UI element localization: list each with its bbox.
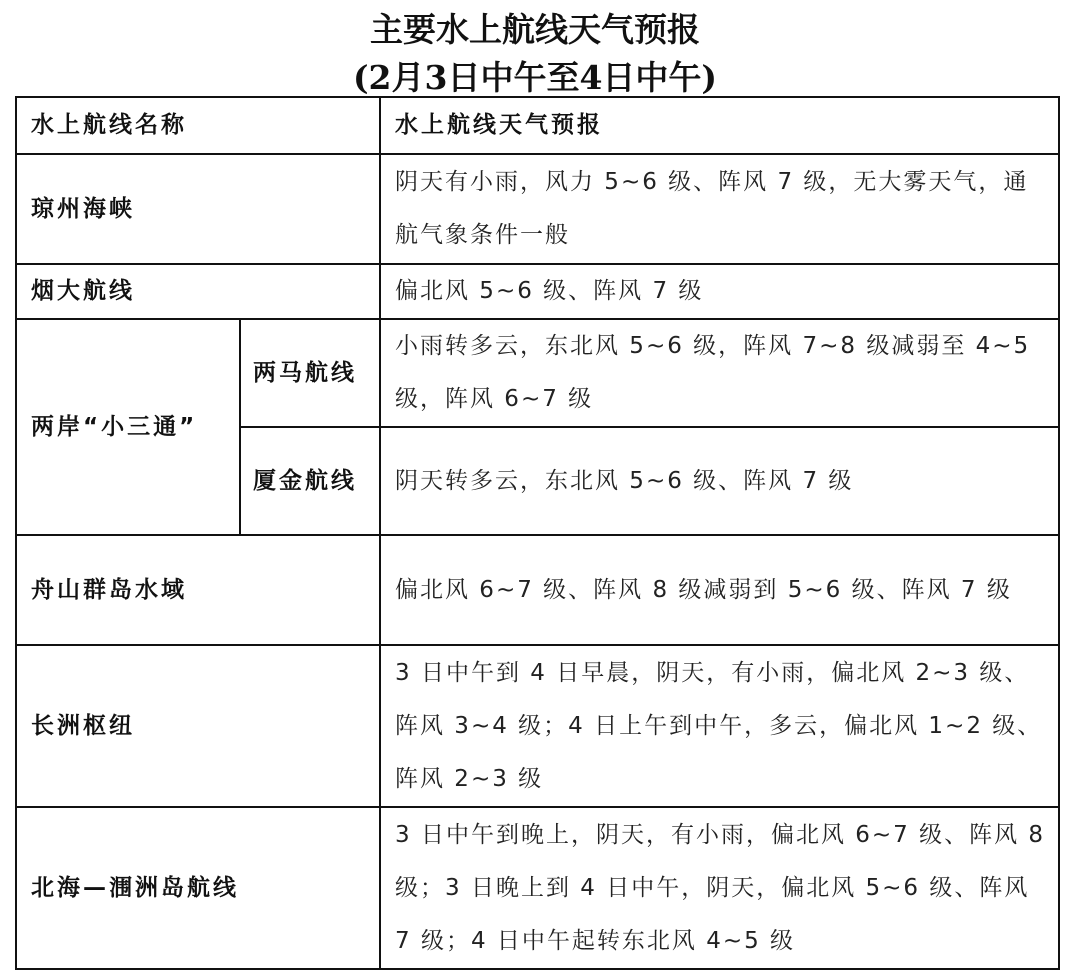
header-forecast: 水上航线天气预报: [380, 97, 1059, 154]
header-route-name: 水上航线名称: [16, 97, 380, 154]
table-row: 北海—涠洲岛航线 3 日中午到晚上，阴天，有小雨，偏北风 6~7 级、阵风 8 …: [16, 807, 1059, 969]
table-row: 烟大航线 偏北风 5~6 级、阵风 7 级: [16, 264, 1059, 319]
subroute-name: 两马航线: [240, 319, 380, 427]
forecast-table: 水上航线名称 水上航线天气预报 琼州海峡 阴天有小雨，风力 5~6 级、阵风 7…: [15, 96, 1060, 970]
route-name: 两岸“小三通”: [16, 319, 240, 535]
route-forecast: 偏北风 5~6 级、阵风 7 级: [380, 264, 1059, 319]
table-header-row: 水上航线名称 水上航线天气预报: [16, 97, 1059, 154]
subroute-name: 厦金航线: [240, 427, 380, 535]
route-forecast: 阴天有小雨，风力 5~6 级、阵风 7 级，无大雾天气，通航气象条件一般: [380, 154, 1059, 264]
route-forecast: 小雨转多云，东北风 5~6 级，阵风 7~8 级减弱至 4~5 级，阵风 6~7…: [380, 319, 1059, 427]
route-forecast: 阴天转多云，东北风 5~6 级、阵风 7 级: [380, 427, 1059, 535]
table-row: 琼州海峡 阴天有小雨，风力 5~6 级、阵风 7 级，无大雾天气，通航气象条件一…: [16, 154, 1059, 264]
table-row: 长洲枢纽 3 日中午到 4 日早晨，阴天，有小雨，偏北风 2~3 级、阵风 3~…: [16, 645, 1059, 807]
route-name: 北海—涠洲岛航线: [16, 807, 380, 969]
document-subtitle: (2月3日中午至4日中午): [0, 52, 1070, 99]
route-name: 烟大航线: [16, 264, 380, 319]
route-name: 琼州海峡: [16, 154, 380, 264]
route-forecast: 3 日中午到晚上，阴天，有小雨，偏北风 6~7 级、阵风 8 级；3 日晚上到 …: [380, 807, 1059, 969]
route-name: 长洲枢纽: [16, 645, 380, 807]
route-forecast: 偏北风 6~7 级、阵风 8 级减弱到 5~6 级、阵风 7 级: [380, 535, 1059, 645]
route-name: 舟山群岛水域: [16, 535, 380, 645]
route-forecast: 3 日中午到 4 日早晨，阴天，有小雨，偏北风 2~3 级、阵风 3~4 级；4…: [380, 645, 1059, 807]
table-row: 两岸“小三通” 两马航线 小雨转多云，东北风 5~6 级，阵风 7~8 级减弱至…: [16, 319, 1059, 427]
table-row: 舟山群岛水域 偏北风 6~7 级、阵风 8 级减弱到 5~6 级、阵风 7 级: [16, 535, 1059, 645]
document-title: 主要水上航线天气预报: [0, 4, 1070, 51]
